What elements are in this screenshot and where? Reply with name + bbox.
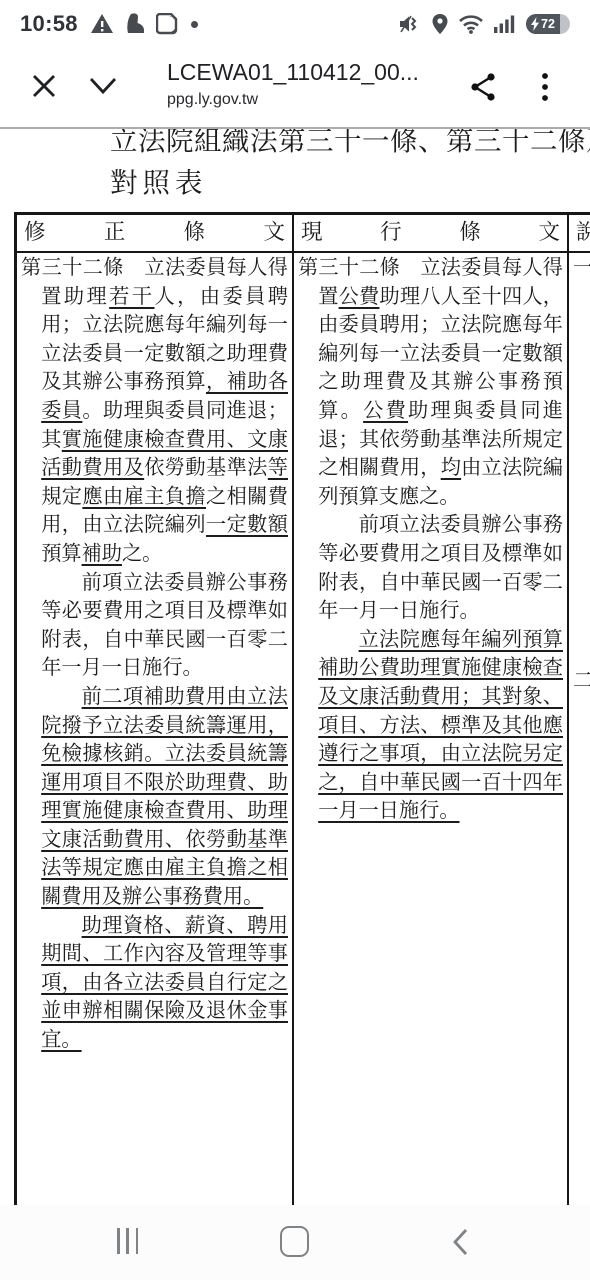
back-icon (451, 1227, 469, 1257)
overflow-menu-icon (539, 71, 551, 103)
overflow-menu-button[interactable] (539, 71, 551, 103)
cellular-signal-icon (493, 14, 515, 34)
source-domain: ppg.ly.gov.tw (167, 89, 419, 110)
document-title-block: LCEWA01_110412_00... ppg.ly.gov.tw (167, 57, 419, 110)
charging-bolt-icon (530, 17, 540, 31)
share-icon (468, 71, 498, 103)
document-title-line2: 對照表 (110, 162, 590, 204)
image-notification-icon (156, 13, 178, 35)
document-filename: LCEWA01_110412_00... (167, 57, 419, 87)
recents-icon (117, 1228, 120, 1254)
column-header-amended: 修正條文 (17, 215, 292, 253)
vibrate-icon (399, 14, 422, 34)
home-button[interactable] (280, 1226, 309, 1257)
battery-charging-indicator: 72 (526, 14, 570, 34)
column-header-note: 說明 (569, 215, 590, 253)
status-bar: 10:58 (0, 0, 590, 48)
status-time: 10:58 (20, 11, 78, 37)
chevron-down-icon (88, 76, 118, 96)
current-provision-cell: 第三十二條 立法委員每人得置公費助理八人至十四人，由委員聘用；立法院應每年編列每… (294, 253, 567, 1209)
explanation-column: 說明 一、二、 (569, 215, 590, 1209)
comparison-table: 修正條文 第三十二條 立法委員每人得置助理若干人，由委員聘用；立法院應每年編列每… (14, 212, 590, 1209)
column-header-current: 現行條文 (294, 215, 567, 253)
warning-triangle-icon (90, 13, 114, 35)
back-button[interactable] (451, 1227, 469, 1257)
close-button[interactable] (30, 72, 58, 100)
document-viewport[interactable]: 立法院組織法第三十一條、第三十二條及第 對照表 修正條文 第三十二條 立法委員每… (0, 129, 590, 1280)
android-navigation-bar (0, 1205, 590, 1280)
location-icon (431, 13, 449, 35)
document-title: 立法院組織法第三十一條、第三十二條及第 對照表 (110, 129, 590, 204)
recents-button[interactable] (117, 1228, 138, 1254)
explanation-cell: 一、二、 (569, 253, 590, 1209)
home-icon (280, 1226, 309, 1257)
amended-provision-cell: 第三十二條 立法委員每人得置助理若干人，由委員聘用；立法院應每年編列每一立法委員… (17, 253, 292, 1209)
pdf-viewer-header: LCEWA01_110412_00... ppg.ly.gov.tw (0, 48, 590, 127)
current-provision-column: 現行條文 第三十二條 立法委員每人得置公費助理八人至十四人，由委員聘用；立法院應… (294, 215, 569, 1209)
collapse-button[interactable] (88, 76, 118, 96)
document-title-line1: 立法院組織法第三十一條、第三十二條及第 (110, 129, 590, 162)
wifi-icon (458, 14, 484, 34)
amended-provision-column: 修正條文 第三十二條 立法委員每人得置助理若干人，由委員聘用；立法院應每年編列每… (17, 215, 294, 1209)
notification-dot-icon (191, 21, 198, 28)
share-button[interactable] (468, 71, 498, 103)
battery-percent: 72 (541, 14, 555, 34)
footprint-icon (123, 13, 147, 35)
close-icon (30, 72, 58, 100)
